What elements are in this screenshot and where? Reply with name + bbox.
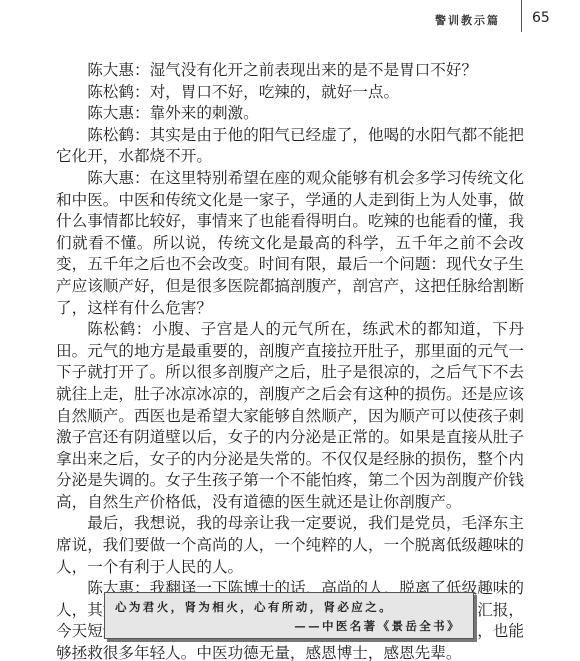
paragraph: 最后，我想说，我的母亲让我一定要说，我们是党员，毛泽东主席说，我们要做一个高尚的…	[56, 513, 524, 578]
paragraph: 陈大惠：在这里特别希望在座的观众能够有机会多学习传统文化和中医。中医和传统文化是…	[56, 168, 524, 319]
page-number: 65	[532, 10, 550, 26]
paragraph: 陈松鹤：其实是由于他的阳气已经虚了，他喝的水阳气都不能把它化开，水都烧不开。	[56, 125, 524, 168]
section-title: 警训教示篇	[435, 12, 500, 28]
body-text: 陈大惠：湿气没有化开之前表现出来的是不是胃口不好？ 陈松鹤：对，胃口不好，吃辣的…	[56, 60, 524, 661]
running-header: 警训教示篇 65	[0, 0, 580, 40]
paragraph: 陈大惠：靠外来的刺激。	[56, 103, 524, 125]
quote-box: 心为君火，肾为相火，心有所动，肾必应之。 ——中医名著《景岳全书》	[104, 592, 474, 639]
header-divider	[521, 0, 522, 32]
paragraph: 陈大惠：湿气没有化开之前表现出来的是不是胃口不好？	[56, 60, 524, 82]
paragraph: 陈松鹤：对，胃口不好，吃辣的，就好一点。	[56, 82, 524, 104]
quote-source: ——中医名著《景岳全书》	[294, 618, 461, 634]
paragraph: 陈松鹤：小腹、子宫是人的元气所在，练武术的都知道，下丹田。元气的地方是最重要的，…	[56, 319, 524, 513]
quote-text: 心为君火，肾为相火，心有所动，肾必应之。	[115, 599, 393, 615]
